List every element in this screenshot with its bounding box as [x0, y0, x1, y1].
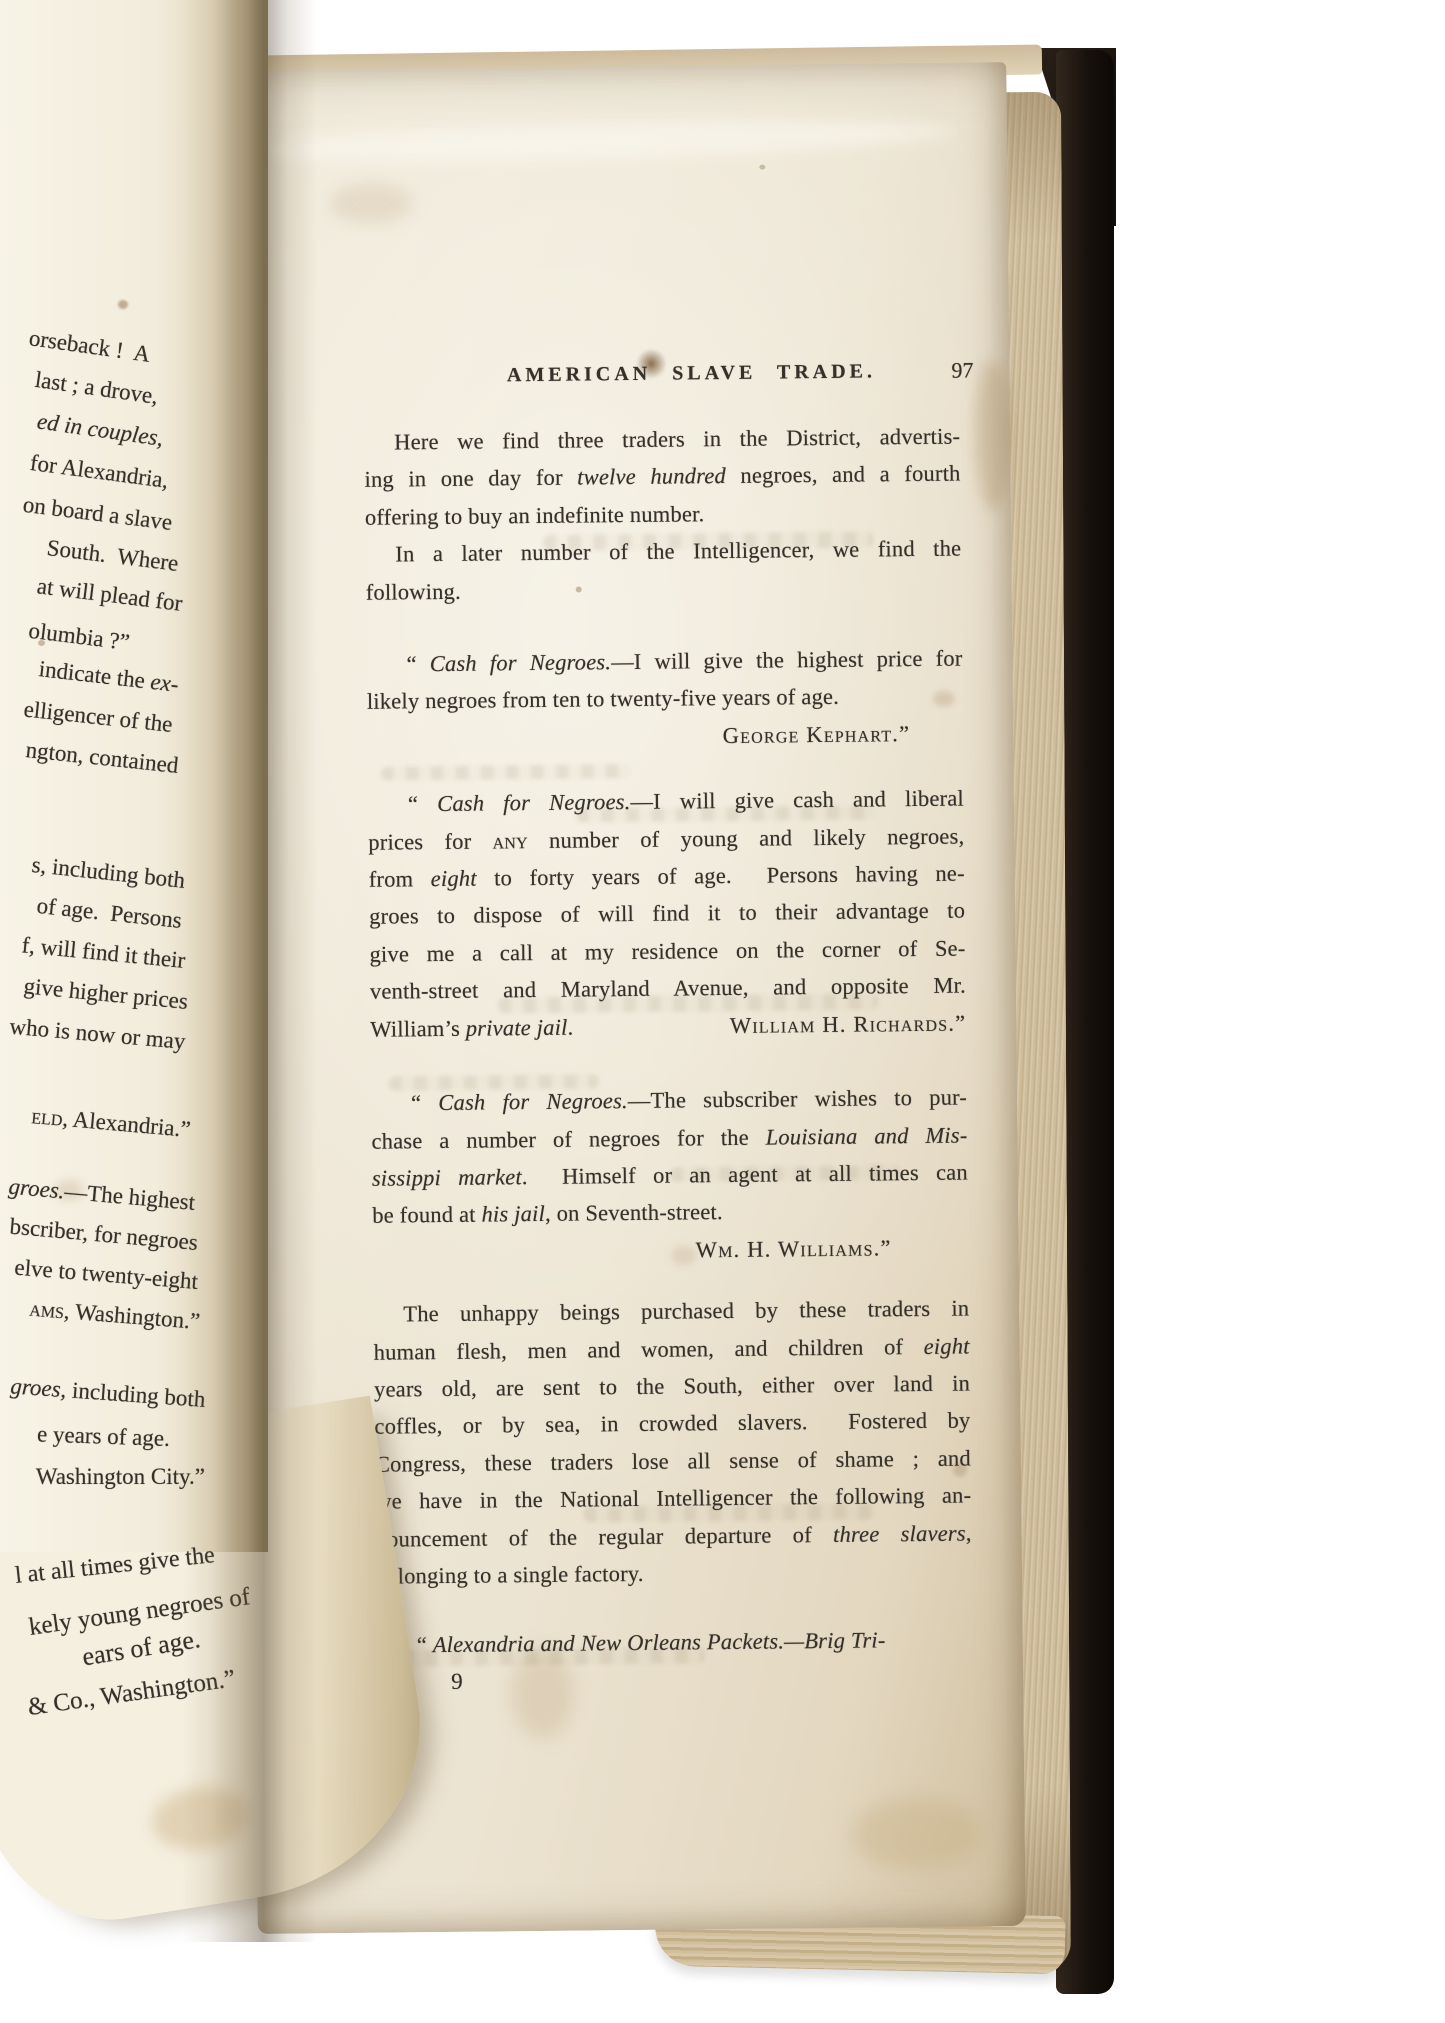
left-fragment: elve to twenty-eight — [13, 1253, 199, 1297]
text-line: Here we find three traders in the Distri… — [364, 418, 960, 462]
left-fragment: ngton, contained — [24, 735, 180, 781]
ad-text-line: sissippi market. Himself or an agent at … — [372, 1153, 968, 1197]
text-line: The unhappy beings purchased by these tr… — [373, 1290, 969, 1334]
text-line: coffles, or by sea, in crowded slavers. … — [374, 1402, 970, 1446]
left-fragment: give higher prices — [23, 971, 190, 1017]
page-header: AMERICAN SLAVE TRADE. 97 — [241, 359, 1009, 397]
ad-text-line: chase a number of negroes for the Louisi… — [371, 1116, 967, 1160]
ad-text-line: William’s private jail. William H. Richa… — [370, 1004, 966, 1048]
ad-text-line: “ Cash for Negroes.—The subscriber wishe… — [371, 1079, 967, 1123]
text-line: offering to buy an indefinite number. — [365, 492, 961, 536]
left-fragment: last ; a drove, — [33, 365, 160, 412]
text-line: years old, are sent to the South, either… — [374, 1364, 970, 1408]
ad-text-line: be found at his jail, on Seventh-street. — [372, 1191, 968, 1235]
stain — [759, 165, 765, 170]
text-line: nouncement of the regular departure of t… — [375, 1514, 971, 1558]
left-fragment: ams, Washington.” — [28, 1294, 201, 1337]
left-fragment: bscriber, for negroes — [9, 1212, 200, 1258]
left-fragment: for Alexandria, — [28, 448, 170, 496]
stain — [851, 1797, 982, 1870]
ad-text-line: prices for any number of young and likel… — [368, 817, 964, 861]
ad-signature: George Kephart.” — [367, 714, 963, 758]
left-fragment: groes, including both — [9, 1371, 206, 1415]
text-line: human flesh, men and women, and children… — [373, 1327, 969, 1371]
left-fragment: indicate the ex- — [37, 654, 180, 700]
gutter-shadow — [183, 0, 317, 1942]
page-top-crease — [253, 114, 954, 168]
text-line: In a later number of the Intelligencer, … — [365, 530, 961, 574]
left-fragment: s, including both — [30, 850, 186, 896]
left-fragment: South. Where — [45, 533, 180, 579]
left-fragment: eld, Alexandria.” — [30, 1101, 191, 1145]
ad-signature: William H. Richards.” — [730, 1004, 967, 1044]
text-line: Congress, these traders lose all sense o… — [375, 1439, 971, 1483]
text-line: ing in one day for twelve hundred negroe… — [364, 455, 960, 499]
text-line: we have in the National Intelligencer th… — [375, 1477, 971, 1521]
left-fragment: on board a slave — [21, 490, 174, 538]
ad-text-line: “ Cash for Negroes.—I will give cash and… — [368, 780, 964, 824]
ad-text-line: from eight to forty years of age. Person… — [369, 855, 965, 899]
ad-text-line: venth-street and Maryland Avenue, and op… — [370, 967, 966, 1011]
signature-mark: 9 — [377, 1663, 973, 1695]
left-fragment: of age. Persons — [36, 891, 184, 936]
ad-text-line: likely negroes from ten to twenty-five y… — [367, 677, 963, 721]
text-line: “ Alexandria and New Orleans Packets.—Br… — [377, 1621, 973, 1665]
left-fragment: elligencer of the — [22, 694, 174, 739]
left-fragment: ed in couples, — [35, 406, 165, 453]
text-line: belonging to a single factory. — [376, 1551, 972, 1595]
page-number: 97 — [951, 357, 973, 383]
book-photo: AMERICAN SLAVE TRADE. 97 Here we find th… — [0, 0, 1445, 2023]
left-fragment: f, will find it their — [20, 930, 186, 976]
left-fragment: e years of age. — [37, 1419, 171, 1454]
left-fragment: olumbia ?” — [27, 616, 131, 658]
left-fragment: groes.—The highest — [7, 1172, 196, 1218]
ad-text-line: groes to dispose of will find it to thei… — [369, 892, 965, 936]
ad-signature: Wm. H. Williams.” — [372, 1228, 968, 1272]
text-line: following. — [366, 567, 962, 611]
left-fragment: orseback ! A — [27, 323, 152, 370]
left-fragment: who is now or may — [8, 1012, 186, 1057]
ad-text-line: give me a call at my residence on the co… — [369, 929, 965, 973]
running-title: AMERICAN SLAVE TRADE. — [391, 359, 991, 388]
text-column: Here we find three traders in the Distri… — [364, 418, 973, 1696]
left-fragment: at will plead for — [35, 571, 184, 619]
ad-text: William’s private jail. — [370, 1008, 573, 1048]
left-fragment: Washington City.” — [36, 1462, 205, 1492]
ad-text-line: “ Cash for Negroes.—I will give the high… — [366, 640, 962, 684]
stain — [329, 183, 413, 224]
